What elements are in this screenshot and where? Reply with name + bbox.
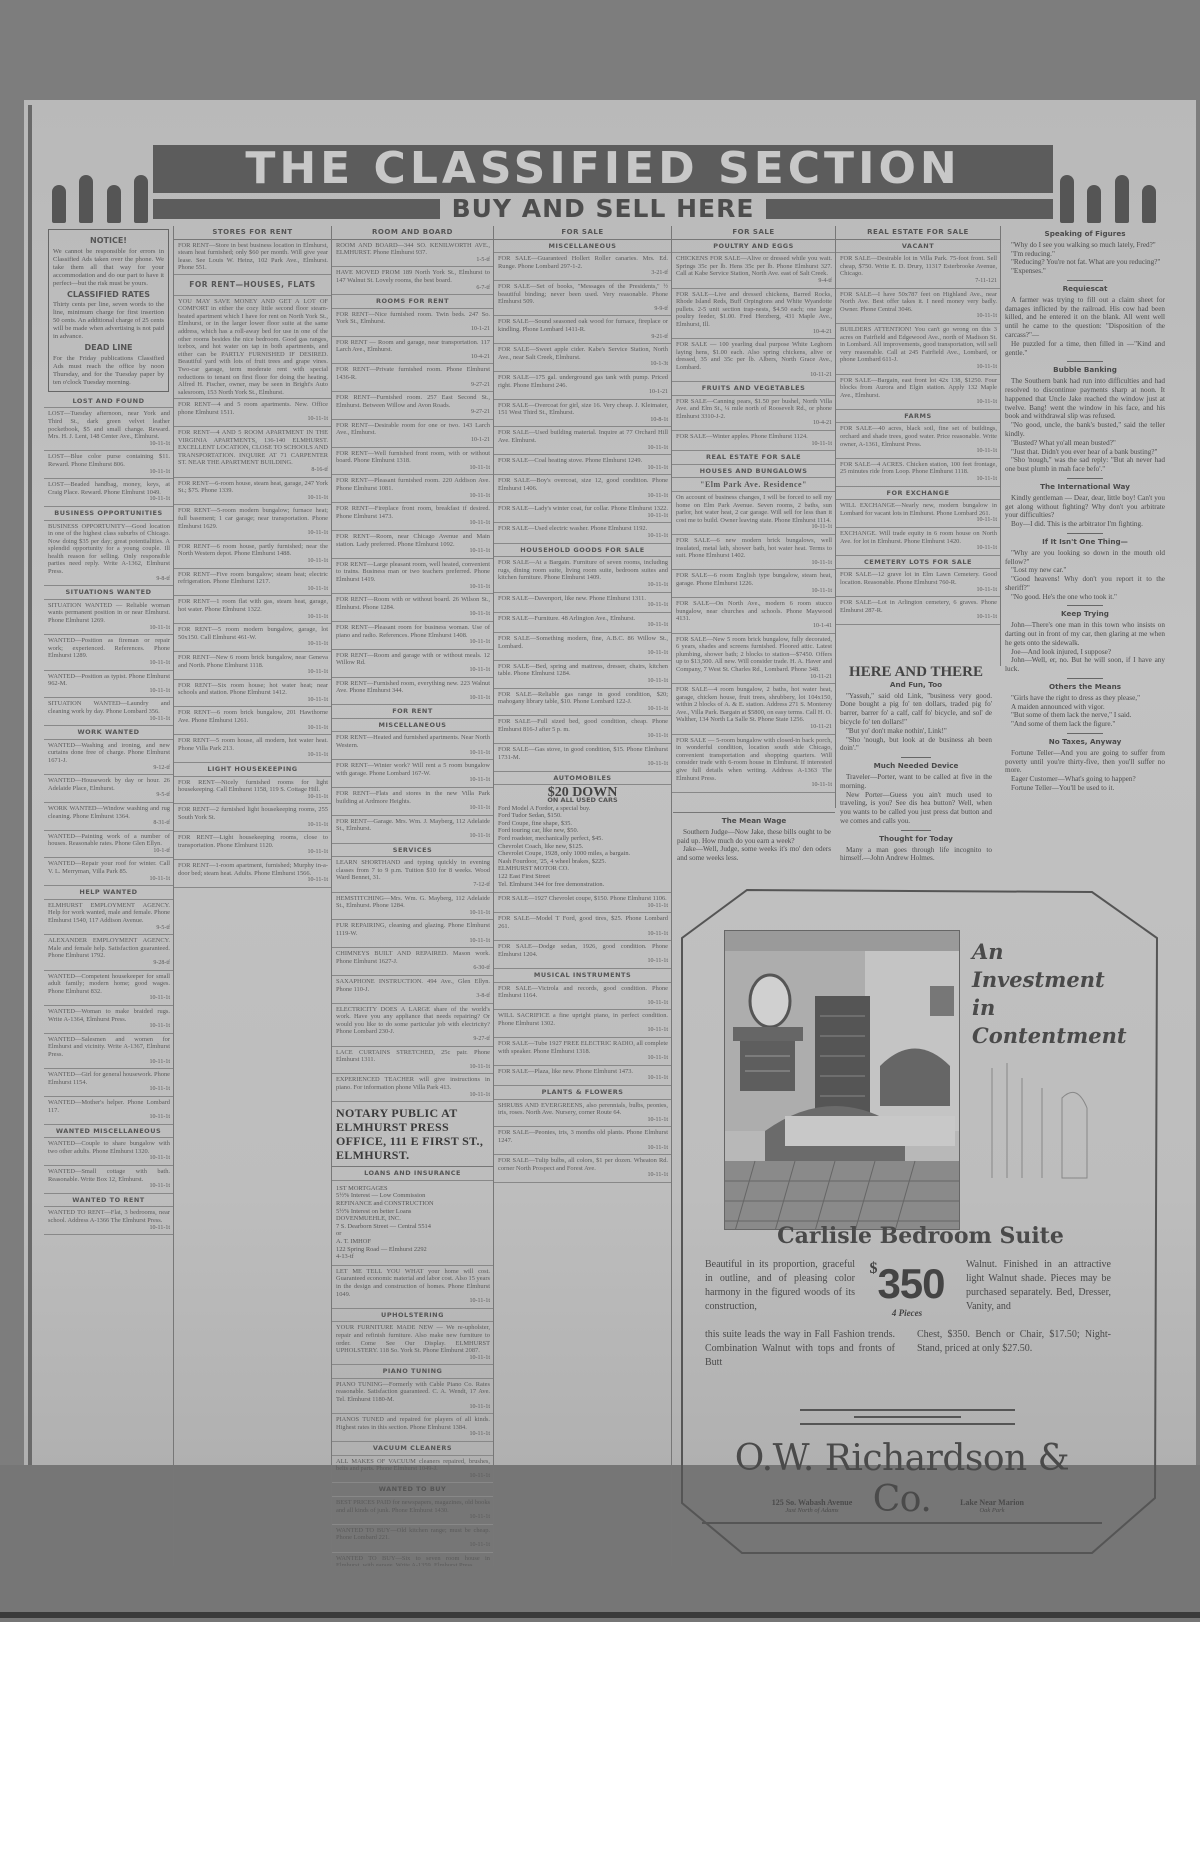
ad-text: ELMHURST EMPLOYMENT AGENCY. Help for wor… (48, 902, 170, 924)
ad-text: On account of business changes, I will b… (676, 494, 832, 524)
ad-text: FOR RENT—1-room apartment, furnished; Mu… (178, 862, 328, 877)
classified-ad: WILL EXCHANGE—Nearly new, modern bungalo… (836, 500, 1000, 528)
section-heading: FRUITS AND VEGETABLES (672, 382, 835, 396)
joke-title: Thought for Today (840, 835, 992, 844)
ad-text: WILL SACRIFICE a fine upright piano, in … (498, 1012, 668, 1027)
ad-line: Ford Tudor Sedan, $150. (498, 812, 667, 820)
ad-text: FOR RENT—Furnished room. 257 East Second… (336, 394, 490, 409)
ad-insertion-code: 8-16-tf (178, 467, 328, 475)
classified-ad: FOR RENT—Five room bungalow; steam heat;… (174, 569, 331, 597)
ad-line: Ford touring car, like new, $50. (498, 827, 667, 835)
classified-ad: FOR SALE—Reliable gas range in good cond… (494, 689, 671, 717)
ad-insertion-code: 10-11-1t (498, 706, 668, 714)
ad-insertion-code: 10-11-1t (498, 733, 668, 741)
classified-ad: SAXAPHONE INSTRUCTION. 494 Ave., Glen El… (332, 976, 493, 1004)
ad-text: FOR SALE—I have 50x787 feet on Highland … (840, 291, 997, 313)
classified-ad: FOR RENT—Fireplace front room, breakfast… (332, 503, 493, 531)
ad-insertion-code: 9-12-tf (48, 765, 170, 773)
classified-ad: FOR SALE—Lot in Arlington cemetery, 6 gr… (836, 597, 1000, 625)
classified-ad: FOR RENT—Nicely furnished rooms for ligh… (174, 777, 331, 805)
classified-ad: SHRUBS AND EVERGREENS, also perennials, … (494, 1100, 671, 1128)
classified-ad: ELECTRICITY DOES A LARGE share of the wo… (332, 1004, 493, 1047)
ad-text: FOR RENT—Large pleasant room, well heate… (336, 561, 490, 583)
deadline-heading: DEAD LINE (53, 344, 164, 352)
ad-insertion-code: 10-11-1t (48, 1114, 170, 1122)
ad-text: WANTED TO BUY—Old kitchen range; must be… (336, 1527, 490, 1542)
column-4: FOR SALE MISCELLANEOUS FOR SALE—Guarante… (494, 226, 672, 1566)
ad-text: FOR SALE—Peonies, iris, 3 months old pla… (498, 1129, 668, 1144)
ad-insertion-code: 10-11-1t (498, 465, 668, 473)
ad-text: PIANO TUNING—Formerly with Cable Piano C… (336, 1381, 490, 1403)
classified-ad: FOR RENT—4 AND 5 ROOM APARTMENT IN THE V… (174, 427, 331, 478)
ad-text: SAXAPHONE INSTRUCTION. 494 Ave., Glen El… (336, 978, 490, 993)
ad-text: BUILDERS ATTENTION! You can't go wrong o… (840, 326, 997, 363)
classified-ad: WANTED—Position as typist. Phone Elmhurs… (44, 671, 173, 699)
ad-line: 122 Spring Road — Elmhurst 2292 (336, 1246, 489, 1254)
classified-ad: EXCHANGE. Will trade equity in 6 room ho… (836, 528, 1000, 556)
ad-insertion-code: 10-11-1t (498, 903, 668, 911)
ad-text: FOR SALE—Victrola and records, good cond… (498, 985, 668, 1000)
page-title: THE CLASSIFIED SECTION (245, 147, 960, 191)
decorative-rules (800, 1404, 1015, 1430)
price-amount: 350 (877, 1260, 944, 1307)
section-subheading: POULTRY AND EGGS (672, 240, 835, 254)
ad-text: WANTED TO BUY—Six to seven room house in… (336, 1555, 490, 1566)
classified-ad: FOR SALE—1927 Chevrolet coupe, $150. Pho… (494, 893, 671, 913)
ad-insertion-code: 3-8-tf (336, 993, 490, 1001)
ad-line: 5½% Interest on better Loans (336, 1208, 489, 1216)
ad-text: FOR SALE—Coal heating stove. Phone Elmhu… (498, 457, 642, 464)
section-heading: ROOMS FOR RENT (332, 295, 493, 309)
ad-text: FOR RENT—Well furnished front room, with… (336, 450, 490, 465)
ad-text: FOR RENT—Six room house; hot water heat;… (178, 682, 328, 697)
classified-ad: FOR RENT—6-room house, steam heat, garag… (174, 478, 331, 506)
joke-paragraph: Fortune Teller—And you are going to suff… (1005, 749, 1165, 775)
section-heading: FOR SALE (494, 226, 671, 240)
classified-ad: FOR RENT—Desirable room for one or two. … (332, 420, 493, 448)
joke-paragraph: "Why do I see you walking so much lately… (1005, 241, 1165, 250)
ad-text: BEST PRICES PAID for newspapers, magazin… (336, 1499, 490, 1514)
ad-text: FOR SALE—Sound seasoned oak wood for fur… (498, 318, 668, 333)
classified-ad: FOR SALE—Overcoat for girl, size 16. Ver… (494, 400, 671, 428)
ad-text: WANTED—Washing and ironing, and new curt… (48, 742, 170, 764)
classified-ad: FOR SALE—Plaza, like new. Phone Elmhurst… (494, 1066, 671, 1086)
classified-ad: FOR RENT—Room, near Chicago Avenue and M… (332, 531, 493, 559)
ad-insertion-code: 10-11-1t (178, 794, 328, 802)
ad-text: WANTED TO RENT—Flat, 3 bedrooms, near sc… (48, 1209, 170, 1224)
classified-ad: FOR RENT—2 furnished light housekeeping … (174, 804, 331, 832)
ad-insertion-code: 10-11-1t (48, 716, 170, 724)
ad-insertion-code: 10-8-1t (498, 417, 668, 425)
ad-insertion-code: 6-30-tf (336, 965, 490, 973)
ad-text: FOR RENT—Store in best business location… (178, 242, 328, 272)
classified-ad: FOR SALE—Dodge sedan, 1926, good conditi… (494, 941, 671, 969)
classified-ad: FOR RENT—4 and 5 room apartments. New. O… (174, 399, 331, 427)
classified-ad: FOR RENT—Garage. Mrs. Wm. J. Mayberg, 11… (332, 816, 493, 844)
ad-text: FOR RENT—Winter work? Will rent a 5 room… (336, 762, 490, 777)
ad-text: FOR SALE—12 grave lot in Elm Lawn Cemete… (840, 571, 997, 586)
ad-text: FOR SALE—Something modern, fine, A.B.C. … (498, 635, 668, 650)
classified-ad: LOST—Tuesday afternoon, near York and Th… (44, 408, 173, 451)
ad-text: FOR SALE—6 room English type bungalow, s… (676, 572, 832, 587)
joke-paragraph: "And some of them lack the figure." (1005, 720, 1165, 729)
classified-ad: WANTED—Housework by day or hour. 26 Adel… (44, 775, 173, 803)
ad-line: 4-13-tf (336, 1253, 489, 1261)
joke-title: If It Isn't One Thing— (1005, 538, 1165, 547)
ad-text: FOR SALE—Overcoat for girl, size 16. Ver… (498, 402, 668, 417)
classified-ad: FOR SALE—On North Ave., modern 6 room st… (672, 598, 835, 633)
classified-ad: WANTED—Position as fireman or repair wor… (44, 635, 173, 670)
ad-insertion-code: 9-5-tf (48, 925, 170, 933)
classified-ad: FOR RENT—Six room house; hot water heat;… (174, 680, 331, 708)
classified-ad: PIANO TUNING—Formerly with Cable Piano C… (332, 1379, 493, 1414)
classified-ad: FOR SALE—Used electric washer. Phone Elm… (494, 523, 671, 543)
price-pieces: 4 Pieces (867, 1308, 947, 1318)
classified-ad: FOR SALE—At a Bargain. Furniture of seve… (494, 557, 671, 592)
ad-text: LEARN SHORTHAND and typing quickly in ev… (336, 859, 490, 881)
ad-text: FOR SALE—Used electric washer. Phone Elm… (498, 525, 647, 532)
section-heading: MUSICAL INSTRUMENTS (494, 969, 671, 983)
ad-text: FOR SALE—New 5 room brick bungalow, full… (676, 636, 832, 673)
classified-ad: FOR RENT—1 room flat with gas, steam hea… (174, 596, 331, 624)
ad-insertion-code: 10-11-1t (840, 399, 997, 407)
joke-paragraph: "Reducing? You're not fat. What are you … (1005, 258, 1165, 267)
ad-text: FOR SALE—Canning pears, $1.50 per bushel… (676, 398, 832, 420)
mean-wage-joke: The Mean Wage Southern Judge—Now Jake, t… (673, 812, 835, 863)
joke-paragraph: John—Well, er, no. But he will soon, if … (1005, 656, 1165, 674)
classified-ad: FOR SALE—Canning pears, $1.50 per bushel… (672, 396, 835, 431)
product-description-left: Beautiful in its proportion, graceful in… (705, 1258, 855, 1314)
ad-insertion-code: 10-1-41 (676, 623, 832, 631)
ad-text: FOR SALE—6 new modern brick bungalows, w… (676, 537, 832, 559)
classified-ad: BEST PRICES PAID for newspapers, magazin… (332, 1497, 493, 1525)
classified-ad: FOR SALE—Model T Ford, good tires, $25. … (494, 913, 671, 941)
ad-text: FOR SALE—Winter apples. Phone Elmhurst 1… (676, 433, 808, 440)
divider (1067, 280, 1103, 281)
section-subheading: MISCELLANEOUS (494, 240, 671, 254)
masthead-subtitle-bar: BUY AND SELL HERE (153, 195, 1053, 222)
classified-ad: FOR SALE—6 new modern brick bungalows, w… (672, 535, 835, 570)
ad-insertion-code: 6-7-tf (336, 285, 490, 293)
ad-text: FOR RENT—Flats and stores in the new Vil… (336, 790, 490, 805)
ad-line: Ford roadster, mechanically perfect, $45… (498, 835, 667, 843)
ad-text: FUR REPAIRING, cleaning and glazing. Pho… (336, 922, 490, 937)
ad-insertion-code: 10-11-1t (498, 1145, 668, 1153)
ad-insertion-code: 10-11-1t (178, 530, 328, 538)
classified-ad: ELMHURST EMPLOYMENT AGENCY. Help for wor… (44, 900, 173, 935)
ad-insertion-code: 10-11-1t (336, 611, 490, 619)
ad-line: Ford Coupe, fine shape, $35. (498, 820, 667, 828)
classified-ad: FOR RENT—6 room brick bungalow, 201 Hawt… (174, 707, 331, 735)
classified-ad: FOR SALE—Victrola and records, good cond… (494, 983, 671, 1011)
ad-insertion-code: 9-27-21 (336, 382, 490, 390)
used-cars-ad: $20 DOWN ON ALL USED CARS Ford Model A F… (494, 785, 671, 893)
classified-ad: SITUATION WANTED—Laundry and cleaning wo… (44, 698, 173, 726)
ad-insertion-code: 7-11-121 (840, 278, 997, 286)
ad-insertion-code: 10-11-1t (48, 1225, 170, 1233)
joke-title: Requiescat (1005, 285, 1165, 294)
section-heading: LOANS AND INSURANCE (332, 1167, 493, 1181)
ad-insertion-code: 10-11-1t (336, 1431, 490, 1439)
classified-ad: CHICKENS FOR SALE—Alive or dressed while… (672, 253, 835, 288)
ad-text: FOR RENT — Room and garage, near transpo… (336, 339, 490, 354)
section-heading: LOST AND FOUND (44, 395, 173, 409)
joke-title: The Mean Wage (677, 817, 831, 826)
ad-text: CHICKENS FOR SALE—Alive or dressed while… (676, 255, 832, 277)
section-subheading: MISCELLANEOUS (332, 719, 493, 733)
ad-text: WANTED—Couple to share bungalow with two… (48, 1140, 170, 1155)
ad-text: FOR RENT—New 6 room brick bungalow, near… (178, 654, 328, 669)
joke-paragraph: "No good. He's the one who took it." (1005, 593, 1165, 602)
joke-title: No Taxes, Anyway (1005, 738, 1165, 747)
ad-insertion-code: 10-11-1t (48, 1023, 170, 1031)
ad-insertion-code: 10-11-1t (48, 995, 170, 1003)
classified-ad: FOR RENT—Large pleasant room, well heate… (332, 559, 493, 594)
ad-text: FOR RENT—Nice furnished room. Twin beds.… (336, 311, 490, 326)
section-heading: LIGHT HOUSEKEEPING (174, 763, 331, 777)
ad-insertion-code: 10-1-3t (498, 361, 668, 369)
ad-insertion-code: 10-11-1t (336, 695, 490, 703)
ad-text: CHIMNEYS BUILT AND REPAIRED. Mason work.… (336, 950, 490, 965)
ad-text: FOR SALE—175 gal. underground gas tank w… (498, 374, 668, 389)
ad-text: WANTED—Salesmen and women for Elmhurst a… (48, 1036, 170, 1058)
classified-ad: FOR RENT—5 room house, all modern, hot w… (174, 735, 331, 763)
ad-text: EXCHANGE. Will trade equity in 6 room ho… (840, 530, 997, 545)
ad-insertion-code: 7-12-tf (336, 882, 490, 890)
ad-text: WILL EXCHANGE—Nearly new, modern bungalo… (840, 502, 997, 517)
notice-box: NOTICE! We cannot be responsible for err… (48, 229, 169, 392)
ad-insertion-code: 10-11-1t (676, 524, 832, 532)
ad-text: WANTED—Housework by day or hour. 26 Adel… (48, 777, 170, 792)
ad-text: FOR RENT—Five room bungalow; steam heat;… (178, 571, 328, 586)
classified-ad: FOR SALE—Tube 1927 FREE ELECTRIC RADIO, … (494, 1038, 671, 1066)
column-5: FOR SALE POULTRY AND EGGS CHICKENS FOR S… (672, 226, 836, 808)
joke-paragraph: Traveler—Porter, want to be called at fi… (840, 773, 992, 791)
joke-paragraph: "Sho 'nough," was the sad reply: "But ah… (1005, 456, 1165, 474)
ad-insertion-code: 10-11-1t (498, 1027, 668, 1035)
ad-text: ELECTRICITY DOES A LARGE share of the wo… (336, 1006, 490, 1036)
joke-paragraph: Southern Judge—Now Jake, these bills oug… (677, 828, 831, 846)
ad-text: LOST—Blue color purse containing $11. Re… (48, 453, 170, 468)
ad-text: YOUR FURNITURE MADE NEW — We re-upholste… (336, 1324, 490, 1354)
classified-ad: BUILDERS ATTENTION! You can't go wrong o… (836, 324, 1000, 375)
ad-insertion-code: 10-11-1t (336, 777, 490, 785)
ad-tagline: An Investment in Contentment (972, 938, 1152, 1050)
ad-text: FOR SALE—1927 Chevrolet coupe, $150. Pho… (498, 895, 667, 902)
store-address-chicago: 125 So. Wabash Avenue Just North of Adam… (737, 1498, 887, 1514)
joke-paragraph: The Southern bank had run into difficult… (1005, 377, 1165, 421)
ad-text: FOR SALE—Sweet apple cider. Kabe's Servi… (498, 346, 668, 361)
classified-ad: WANTED—Small cottage with bath. Reasonab… (44, 1166, 173, 1194)
section-heading: FOR RENT (332, 705, 493, 719)
joke-paragraph: A farmer was trying to fill out a claim … (1005, 296, 1165, 340)
product-price: $350 4 Pieces (867, 1260, 947, 1318)
ad-text: SITUATION WANTED—Laundry and cleaning wo… (48, 700, 170, 715)
ad-text: ALL MAKES OF VACUUM cleaners repaired, b… (336, 1458, 490, 1473)
ad-text: FOR RENT—6-room house, steam heat, garag… (178, 480, 328, 495)
ad-text: WANTED—Small cottage with bath. Reasonab… (48, 1168, 170, 1183)
divider (1067, 733, 1103, 734)
joke-paragraph: "Lost my new car." (1005, 566, 1165, 575)
classified-ad: FOR SALE — 5-room bungalow with closed-i… (672, 735, 835, 793)
ad-insertion-code: 10-1-21 (336, 326, 490, 334)
ad-insertion-code: 10-11-1t (336, 910, 490, 918)
classified-ad: LACE CURTAINS STRETCHED, 25c pair. Phone… (332, 1047, 493, 1075)
ad-text: FOR SALE—Model T Ford, good tires, $25. … (498, 915, 668, 930)
ad-insertion-code: 10-11-1t (48, 469, 170, 477)
ad-insertion-code: 9-28-tf (48, 960, 170, 968)
page-binding-rule (28, 105, 32, 1565)
ad-insertion-code: 10-11-1t (178, 669, 328, 677)
ad-insertion-code: 10-11-1t (498, 931, 668, 939)
classified-ad: FOR RENT—Store in best business location… (174, 240, 331, 275)
ad-insertion-code: 10-11-1t (48, 441, 170, 449)
ad-insertion-code: 10-11-1t (336, 1404, 490, 1412)
ad-insertion-code: 10-11-1t (178, 725, 328, 733)
ad-text: SITUATION WANTED — Reliable woman wants … (48, 602, 170, 624)
divider (901, 757, 931, 758)
section-heading: CEMETERY LOTS FOR SALE (836, 556, 1000, 570)
classified-ad: YOU MAY SAVE MONEY AND GET A LOT OF COMF… (174, 296, 331, 400)
classified-ad: FOR SALE—New 5 room brick bungalow, full… (672, 634, 835, 685)
ad-text: FOR SALE—On North Ave., modern 6 room st… (676, 600, 832, 622)
ad-text: FOR SALE—Lot in Arlington cemetery, 6 gr… (840, 599, 997, 614)
joke-title: Others the Means (1005, 683, 1165, 692)
joke-paragraph: "Expenses." (1005, 267, 1165, 276)
classified-ad: FOR RENT—Room and garage with or without… (332, 650, 493, 678)
ad-text: FOR RENT—5-room modern bungalow; furnace… (178, 507, 328, 529)
classified-ad: FOR RENT—1-room apartment, furnished; Mu… (174, 860, 331, 888)
ad-insertion-code: 10-11-21 (676, 724, 832, 732)
classified-ad: HAVE MOVED FROM 189 North York St., Elmh… (332, 267, 493, 295)
ad-insertion-code: 10-11-1t (178, 849, 328, 857)
ad-insertion-code: 9-27-tf (336, 1036, 490, 1044)
classified-ad: FOR SALE—Guaranteed Hollert Roller canar… (494, 253, 671, 281)
classified-ad: YOUR FURNITURE MADE NEW — We re-upholste… (332, 1322, 493, 1365)
divider (1067, 678, 1103, 679)
classified-ad: FOR SALE—Desirable lot in Villa Park. 75… (836, 253, 1000, 288)
ad-insertion-code: 10-11-1t (336, 548, 490, 556)
classified-ad: FOR SALE—Winter apples. Phone Elmhurst 1… (672, 431, 835, 451)
vanity-items-illustration (972, 1058, 1122, 1198)
joke-paragraph: "But yo' don't make nothin', Link!" (840, 727, 992, 736)
ad-line: REFINANCE and CONSTRUCTION (336, 1200, 489, 1208)
ad-insertion-code: 10-11-1t (336, 493, 490, 501)
ad-text: LACE CURTAINS STRETCHED, 25c pair. Phone… (336, 1049, 490, 1064)
ad-text: FOR RENT—4 AND 5 ROOM APARTMENT IN THE V… (178, 429, 328, 466)
ad-text: FOR SALE—Gas stove, in good condition, $… (498, 746, 668, 761)
classified-ad: On account of business changes, I will b… (672, 492, 835, 535)
notary-notice: NOTARY PUBLIC AT ELMHURST PRESS OFFICE, … (332, 1102, 493, 1167)
ad-insertion-code: 10-11-1t (336, 1355, 490, 1363)
classified-ad: WANTED—Repair your roof for winter. Call… (44, 858, 173, 886)
ad-text: PIANOS TUNED and repaired for players of… (336, 1416, 490, 1431)
classified-ad: FOR RENT—Furnished room, everything new.… (332, 678, 493, 706)
page-subtitle: BUY AND SELL HERE (440, 196, 767, 221)
classified-ad: LOST—Beaded handbag, money, keys, at Cra… (44, 479, 173, 507)
ad-insertion-code: 10-11-1t (336, 805, 490, 813)
ad-insertion-code: 10-11-1t (676, 588, 832, 596)
ad-insertion-code: 10-11-1t (336, 639, 490, 647)
ad-insertion-code: 8-31-tf (48, 820, 170, 828)
section-heading: WANTED TO BUY (332, 1483, 493, 1497)
ad-insertion-code: 10-11-1t (336, 833, 490, 841)
section-heading: REAL ESTATE FOR SALE (672, 451, 835, 465)
ad-insertion-code: 10-11-1t (178, 641, 328, 649)
ad-insertion-code: 10-11-1t (48, 660, 170, 668)
ad-text: FOR SALE—Davenport, like new. Phone Elmh… (498, 595, 646, 602)
joke-paragraph: "I'm reducing." (1005, 250, 1165, 259)
classified-ad: ROOM AND BOARD—344 SO. KENILWORTH AVE., … (332, 240, 493, 268)
section-heading: WORK WANTED (44, 726, 173, 740)
classified-ad: FOR SALE—Peonies, iris, 3 months old pla… (494, 1127, 671, 1155)
ad-insertion-code: 10-11-1t (498, 582, 668, 590)
column-2: STORES FOR RENT FOR RENT—Store in best b… (174, 226, 332, 1566)
classified-ad: FUR REPAIRING, cleaning and glazing. Pho… (332, 920, 493, 948)
ad-text: FOR RENT—Heated and furnished apartments… (336, 734, 490, 749)
section-subheading: VACANT (836, 240, 1000, 254)
ad-insertion-code: 10-1-tf (48, 848, 170, 856)
ad-text: FOR RENT—Private furnished room. Phone E… (336, 366, 490, 381)
classified-ad: WILL SACRIFICE a fine upright piano, in … (494, 1010, 671, 1038)
classified-ad: HEMSTITCHING—Mrs. Wm. G. Mayberg, 112 Ad… (332, 893, 493, 921)
ad-text: FOR RENT—6 room brick bungalow, 201 Hawt… (178, 709, 328, 724)
ad-insertion-code: 10-11-1t (336, 465, 490, 473)
joke-title: Keep Trying (1005, 610, 1165, 619)
rates-text: Thirty cents per line, seven words to th… (53, 301, 164, 341)
joke-paragraph: A maiden announced with vigor. (1005, 703, 1165, 712)
classified-ad: FOR RENT—5 room modern bungalow, garage,… (174, 624, 331, 652)
ad-text: FOR RENT—1 room flat with gas, steam hea… (178, 598, 328, 613)
classified-ad: FOR SALE—Something modern, fine, A.B.C. … (494, 633, 671, 661)
joke-paragraph: "Good heavens! Why don't you report it t… (1005, 575, 1165, 593)
ad-insertion-code: 10-11-1t (336, 667, 490, 675)
ad-text: FOR RENT—6 room house, partly furnished;… (178, 543, 328, 558)
classified-ad: FOR RENT—Light housekeeping rooms, close… (174, 832, 331, 860)
ad-insertion-code: 10-11-1t (48, 1086, 170, 1094)
classified-ad: FOR SALE — 100 yearling dual purpose Whi… (672, 339, 835, 382)
ad-insertion-code: 10-11-1t (178, 877, 328, 885)
classified-ad: FOR SALE—Bed, spring and mattress, dress… (494, 661, 671, 689)
product-description-left-cont: this suite leads the way in Fall Fashion… (705, 1328, 895, 1370)
classified-ad: FOR RENT—Furnished room. 257 East Second… (332, 392, 493, 420)
ad-line: 7 S. Dearborn Street — Central 5514 (336, 1223, 489, 1231)
section-heading: ROOM AND BOARD (332, 226, 493, 240)
ad-insertion-code: 9-4-tf (676, 278, 832, 286)
joke-paragraph: "Sho 'nough, but look at de business ah … (840, 736, 992, 754)
ad-insertion-code: 9-27-21 (336, 409, 490, 417)
ad-text: FOR SALE—Furniture. 48 Arlington Ave., E… (498, 615, 635, 622)
rates-heading: CLASSIFIED RATES (53, 291, 164, 299)
joke-paragraph: Many a man goes through life incognito t… (840, 846, 992, 864)
ad-insertion-code: 10-11-1t (336, 1092, 490, 1100)
ad-insertion-code: 10-11-1t (336, 520, 490, 528)
joke-title: The International Way (1005, 483, 1165, 492)
ad-insertion-code: 10-11-1t (498, 650, 668, 658)
classified-ad: FOR SALE—Coal heating stove. Phone Elmhu… (494, 455, 671, 475)
ad-text: FOR SALE — 5-room bungalow with closed-i… (676, 737, 832, 782)
joke-title: Speaking of Figures (1005, 230, 1165, 239)
ad-insertion-code: 10-4-21 (336, 354, 490, 362)
ad-text: FOR SALE—Plaza, like new. Phone Elmhurst… (498, 1068, 633, 1075)
product-title: Carlisle Bedroom Suite (672, 1223, 1169, 1249)
joke-paragraph: He puzzled for a time, then filled in —"… (1005, 340, 1165, 358)
ad-text: WANTED—Girl for general housework. Phone… (48, 1071, 170, 1086)
classified-ad: FOR SALE—Used building material. Inquire… (494, 427, 671, 455)
classified-ad: WANTED—Couple to share bungalow with two… (44, 1138, 173, 1166)
ad-text: LET ME TELL YOU WHAT your home will cost… (336, 1268, 490, 1298)
classified-ad: FOR SALE—Sound seasoned oak wood for fur… (494, 316, 671, 344)
